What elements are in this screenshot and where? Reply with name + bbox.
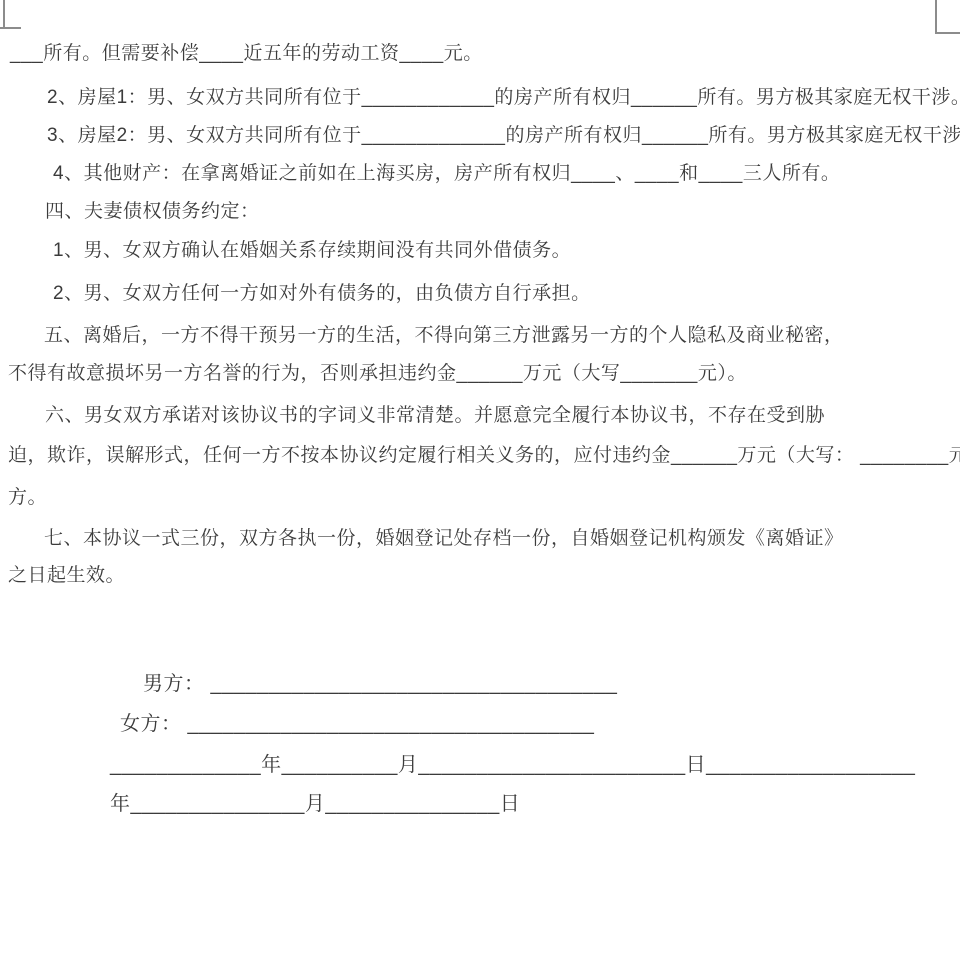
doc-line-house1: 2、房屋1：男、女双方共同所有位于____________的房产所有权归____… xyxy=(47,86,960,110)
page-break-mark-left-horizontal xyxy=(0,27,21,29)
doc-line-section6-part3: 方。 xyxy=(8,486,47,510)
doc-line-section7-part1: 七、本协议一式三份，双方各执一份，婚姻登记处存档一份，自婚姻登记机构颁发《离婚证… xyxy=(44,527,844,551)
doc-line-other-property: 4、其他财产：在拿离婚证之前如在上海买房，房产所有权归____、____和___… xyxy=(53,162,840,186)
doc-line-section7-part2: 之日起生效。 xyxy=(8,564,125,588)
doc-line-debt-item2: 2、男、女双方任何一方如对外有债务的，由负债方自行承担。 xyxy=(53,282,591,306)
page-break-mark-right-horizontal xyxy=(935,32,960,34)
doc-line-section5-part1: 五、离婚后，一方不得干预另一方的生活，不得向第三方泄露另一方的个人隐私及商业秘密… xyxy=(44,324,844,348)
doc-line-section6-part2: 迫，欺诈，误解形式，任何一方不按本协议约定履行相关义务的，应付违约金______… xyxy=(8,444,960,468)
agreement-document-page: ___所有。但需要补偿____近五年的劳动工资____元。 2、房屋1：男、女双… xyxy=(0,0,960,960)
doc-line-section6-part1: 六、男女双方承诺对该协议书的字词义非常清楚。并愿意完全履行本协议书，不存在受到胁 xyxy=(45,404,825,428)
signature-line-female: 女方： ___________________________________ xyxy=(120,712,594,736)
page-break-mark-right-vertical xyxy=(935,0,937,33)
doc-line-house2: 3、房屋2：男、女双方共同所有位于_____________的房产所有权归___… xyxy=(47,124,960,148)
doc-line-compensation: ___所有。但需要补偿____近五年的劳动工资____元。 xyxy=(10,42,483,66)
doc-line-section4-heading: 四、夫妻债权债务约定： xyxy=(45,200,260,224)
date-line-2: 年_______________月_______________日 xyxy=(110,792,520,816)
doc-line-debt-item1: 1、男、女双方确认在婚姻关系存续期间没有共同外借债务。 xyxy=(53,239,571,263)
date-line-1: _____________年__________月_______________… xyxy=(110,753,915,777)
page-break-mark-left-vertical xyxy=(3,0,5,28)
signature-line-male: 男方： ___________________________________ xyxy=(143,672,617,696)
doc-line-section5-part2: 不得有故意损坏另一方名誉的行为，否则承担违约金______万元（大写______… xyxy=(8,362,747,386)
